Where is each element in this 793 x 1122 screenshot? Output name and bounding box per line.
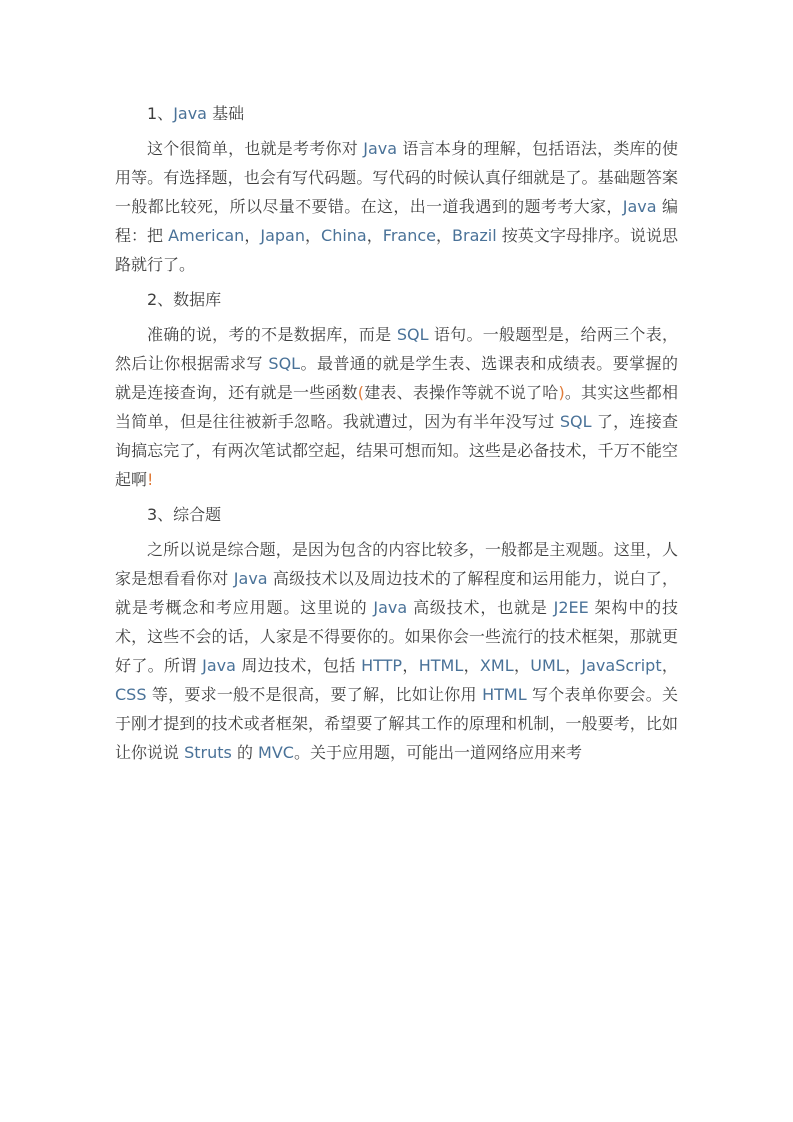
latin-term: Brazil bbox=[452, 226, 497, 245]
section-database: 2、数据库 准确的说，考的不是数据库，而是 SQL 语句。一般题型是，给两三个表… bbox=[115, 285, 678, 494]
latin-term: XML bbox=[480, 656, 514, 675]
document-page: 1、Java 基础 这个很简单，也就是考考你对 Java 语言本身的理解，包括语… bbox=[0, 0, 793, 1122]
section-java-basics: 1、Java 基础 这个很简单，也就是考考你对 Java 语言本身的理解，包括语… bbox=[115, 99, 678, 279]
latin-term: SQL bbox=[268, 354, 300, 373]
latin-term: Java bbox=[234, 569, 268, 588]
latin-term: HTML bbox=[419, 656, 464, 675]
latin-term: Java bbox=[373, 598, 407, 617]
paragraph: 这个很简单，也就是考考你对 Java 语言本身的理解，包括语法，类库的使用等。有… bbox=[115, 134, 678, 279]
latin-term: Struts bbox=[184, 743, 232, 762]
latin-term: SQL bbox=[560, 412, 592, 431]
latin-term: American bbox=[168, 226, 244, 245]
section-heading: 2、数据库 bbox=[115, 285, 678, 314]
latin-term: Japan bbox=[260, 226, 305, 245]
latin-term: SQL bbox=[397, 325, 429, 344]
paragraph: 之所以说是综合题，是因为包含的内容比较多，一般都是主观题。这里，人家是想看看你对… bbox=[115, 535, 678, 767]
section-comprehensive: 3、综合题 之所以说是综合题，是因为包含的内容比较多，一般都是主观题。这里，人家… bbox=[115, 500, 678, 767]
latin-term: Java bbox=[173, 104, 207, 123]
article-body: 1、Java 基础 这个很简单，也就是考考你对 Java 语言本身的理解，包括语… bbox=[115, 99, 678, 767]
section-heading: 1、Java 基础 bbox=[115, 99, 678, 128]
latin-term: CSS bbox=[115, 685, 146, 704]
latin-term: HTTP bbox=[361, 656, 402, 675]
paragraph: 准确的说，考的不是数据库，而是 SQL 语句。一般题型是，给两三个表，然后让你根… bbox=[115, 320, 678, 494]
latin-term: UML bbox=[530, 656, 564, 675]
latin-term: China bbox=[321, 226, 367, 245]
latin-term: HTML bbox=[482, 685, 527, 704]
accent-punctuation: ) bbox=[558, 383, 564, 402]
section-heading: 3、综合题 bbox=[115, 500, 678, 529]
latin-term: JavaScript bbox=[581, 656, 661, 675]
accent-punctuation: ( bbox=[358, 383, 364, 402]
latin-term: Java bbox=[623, 197, 657, 216]
latin-term: J2EE bbox=[554, 598, 589, 617]
latin-term: Java bbox=[363, 139, 397, 158]
latin-term: Java bbox=[202, 656, 236, 675]
latin-term: France bbox=[383, 226, 436, 245]
latin-term: MVC bbox=[258, 743, 294, 762]
accent-punctuation: ! bbox=[147, 470, 153, 489]
